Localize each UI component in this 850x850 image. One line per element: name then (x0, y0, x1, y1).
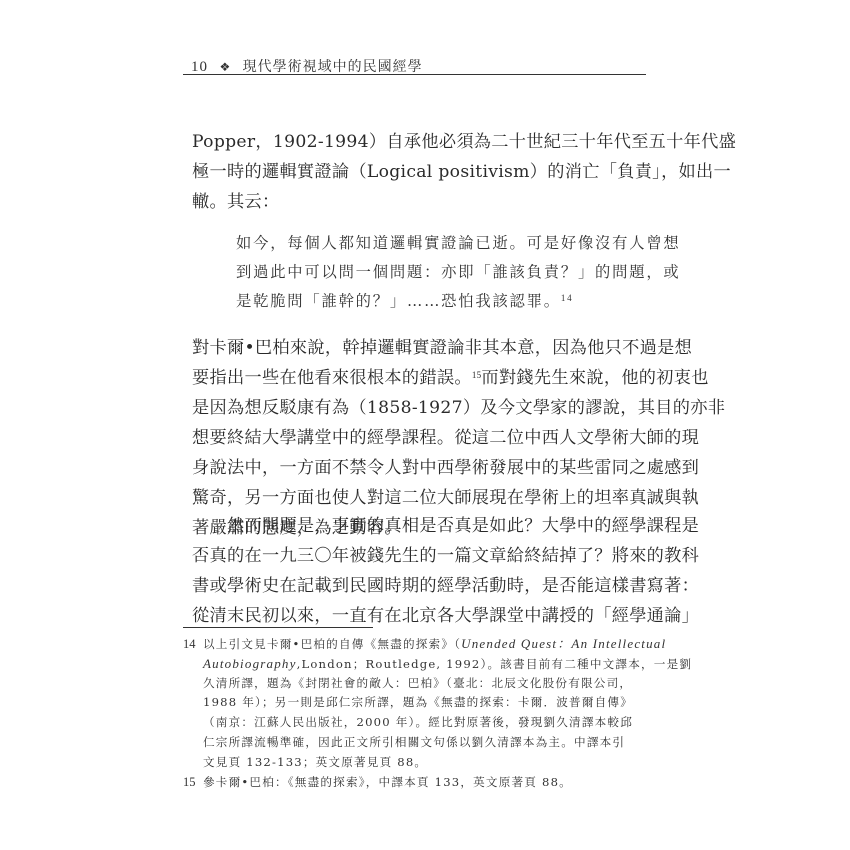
footnotes: 14以上引文見卡爾•巴柏的自傳《無盡的探索》（Unended Quest：An … (183, 634, 653, 792)
quote-text: 是乾脆問「誰幹的？」……恐怕我該認罪。 (236, 292, 561, 310)
text-line: 要指出一些在他看來很根本的錯誤。15而對錢先生來說，他的初衷也 (192, 363, 652, 393)
footnote-14-line: 久清所譯，題為《封閉社會的敵人：巴柏》（臺北：北辰文化股份有限公司， (183, 674, 653, 694)
text-line: 否真的在一九三〇年被錢先生的一篇文章給終結掉了？將來的教科 (192, 541, 652, 571)
text-line: Popper，1902-1994）自承他必須為二十世紀三十年代至五十年代盛 (192, 127, 652, 157)
quote-line: 是乾脆問「誰幹的？」……恐怕我該認罪。14 (236, 287, 656, 316)
footnote-14-line: （南京：江蘇人民出版社，2000 年）。經比對原著後，發現劉久清譯本較邱 (183, 713, 653, 733)
ornament-icon: ❖ (219, 60, 231, 74)
quote-line: 如今，每個人都知道邏輯實證論已逝。可是好像沒有人曾想 (236, 229, 656, 258)
quote-line: 到過此中可以問一個問題：亦即「誰該負責？」的問題，或 (236, 258, 656, 287)
text-line: 對卡爾•巴柏來說，幹掉邏輯實證論非其本意，因為他只不過是想 (192, 333, 652, 363)
header-rule (183, 74, 646, 75)
footnote-number: 15 (183, 773, 203, 793)
text-span: 而對錢先生來說，他的初衷也 (481, 368, 708, 388)
footnote-14-line: 仁宗所譯流暢準確，因此正文所引相關文句係以劉久清譯本為主。中譯本引 (183, 733, 653, 753)
text-line: 轍。其云： (192, 187, 652, 217)
text-line: 極一時的邏輯實證論（Logical positivism）的消亡「負責」，如出一 (192, 157, 652, 187)
footnote-14: 14以上引文見卡爾•巴柏的自傳《無盡的探索》（Unended Quest：An … (183, 634, 653, 654)
footnote-number: 14 (183, 635, 203, 655)
paragraph-1: Popper，1902-1994）自承他必須為二十世紀三十年代至五十年代盛 極一… (192, 127, 652, 217)
footnote-rule (183, 627, 373, 628)
footnote-14-line: 文見頁 132-133；英文原著見頁 88。 (183, 753, 653, 773)
footnote-text: 以上引文見卡爾•巴柏的自傳《無盡的探索》（ (203, 637, 461, 651)
footnote-ref-15[interactable]: 15 (472, 370, 482, 380)
text-line: 驚奇，另一方面也使人對這二位大師展現在學術上的坦率真誠與執 (192, 483, 652, 513)
footnote-text: ,London；Routledge, 1992）。該書目前有二種中文譯本，一是劉 (297, 657, 693, 671)
page-number: 10 (191, 59, 208, 75)
text-line: 書或學術史在記載到民國時期的經學活動時，是否能這樣書寫著： (192, 571, 652, 601)
block-quote: 如今，每個人都知道邏輯實證論已逝。可是好像沒有人曾想 到過此中可以問一個問題：亦… (236, 229, 656, 316)
text-line: 想要終結大學講堂中的經學課程。從這二位中西人文學術大師的現 (192, 423, 652, 453)
footnote-text: 參卡爾•巴柏：《無盡的探索》，中譯本頁 133，英文原著頁 88。 (203, 775, 572, 789)
book-title: 現代學術視域中的民國經學 (243, 59, 423, 75)
footnote-14-line: Autobiography,London；Routledge, 1992）。該書… (183, 654, 653, 674)
text-span: 要指出一些在他看來很根本的錯誤。 (192, 368, 472, 388)
text-line: 是因為想反駁康有為（1858-1927）及今文學家的謬說，其目的亦非 (192, 393, 652, 423)
footnote-14-line: 1988 年）；另一則是邱仁宗所譯，題為《無盡的探索：卡爾．波普爾自傳》 (183, 693, 653, 713)
running-head: 10 ❖ 現代學術視域中的民國經學 (191, 56, 423, 76)
footnote-15: 15參卡爾•巴柏：《無盡的探索》，中譯本頁 133，英文原著頁 88。 (183, 773, 653, 793)
text-line: 身說法中，一方面不禁令人對中西學術發展中的某些雷同之處感到 (192, 453, 652, 483)
paragraph-3: 然而問題是，事實的真相是否真是如此？大學中的經學課程是 否真的在一九三〇年被錢先… (192, 511, 652, 631)
book-page: 10 ❖ 現代學術視域中的民國經學 Popper，1902-1994）自承他必須… (0, 0, 850, 850)
footnote-italic-title: Unended Quest：An Intellectual (461, 636, 666, 651)
footnote-ref-14[interactable]: 14 (561, 293, 574, 303)
text-line: 然而問題是，事實的真相是否真是如此？大學中的經學課程是 (192, 511, 652, 541)
footnote-italic-title: Autobiography (203, 656, 297, 671)
